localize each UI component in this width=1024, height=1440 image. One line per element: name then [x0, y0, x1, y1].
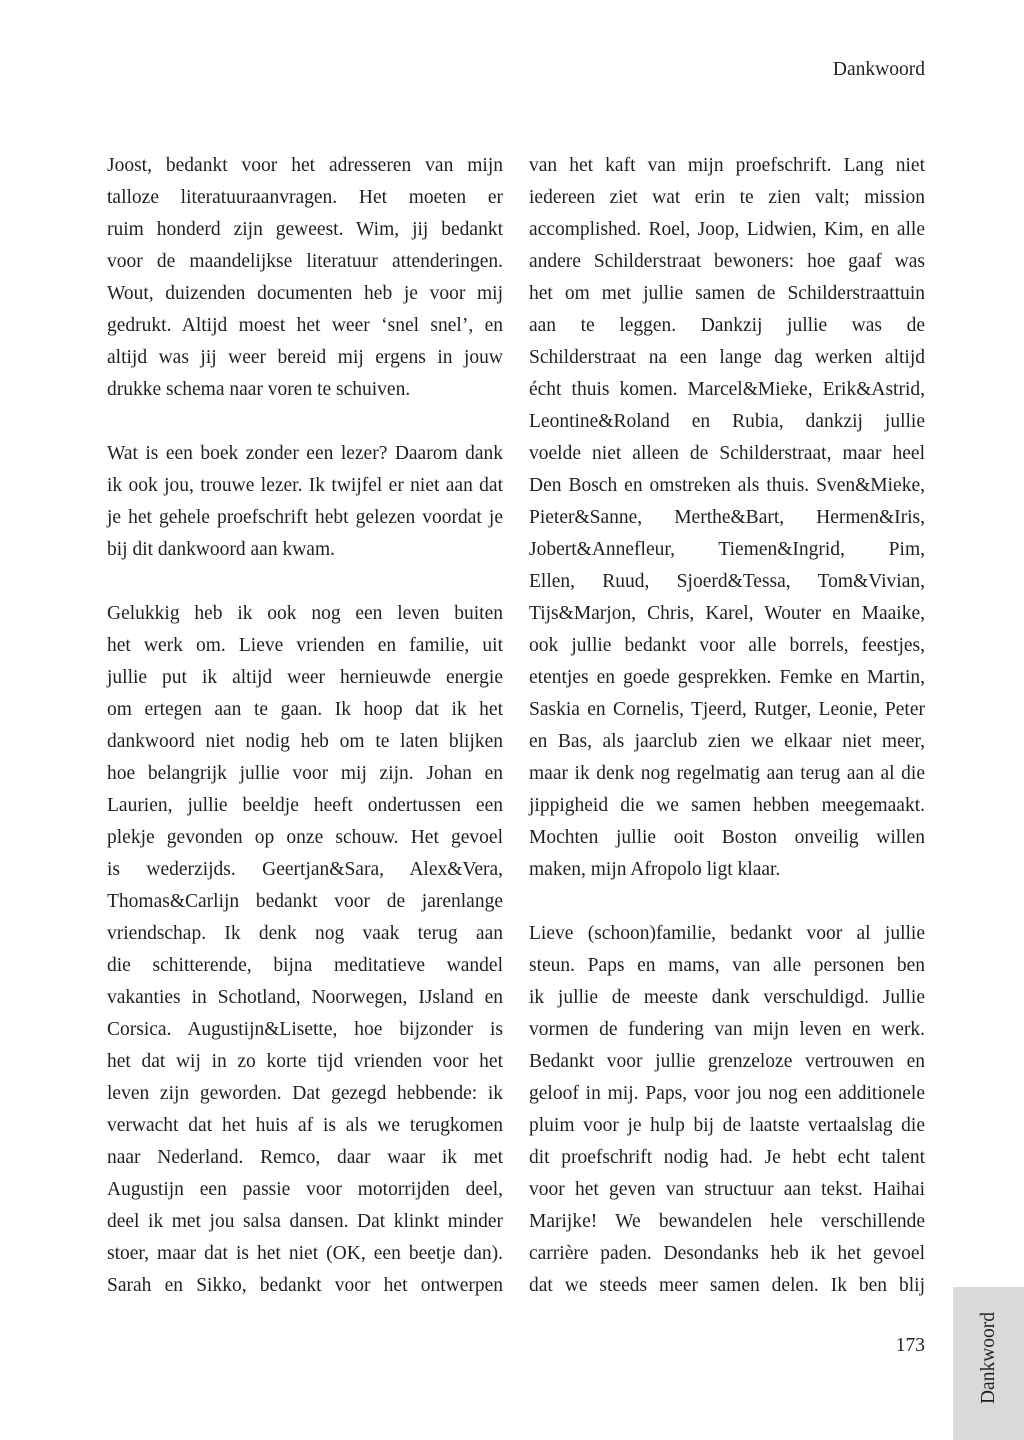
- text-line: het dat wij in zo korte tijd vrienden vo…: [107, 1046, 503, 1078]
- text-line: geloof in mij. Paps, voor jou nog een ad…: [529, 1078, 925, 1110]
- running-header-title: Dankwoord: [833, 57, 925, 83]
- text-line: voor het geven van structuur aan tekst. …: [529, 1174, 925, 1206]
- text-line: Tijs&Marjon, Chris, Karel, Wouter en Maa…: [529, 598, 925, 630]
- text-line: Leontine&Roland en Rubia, dankzij jullie: [529, 406, 925, 438]
- text-line: het om met jullie samen de Schilderstraa…: [529, 278, 925, 310]
- text-line: dit proefschrift nodig had. Je hebt echt…: [529, 1142, 925, 1174]
- paragraph: Lieve (schoon)familie, bedankt voor al j…: [529, 918, 925, 1302]
- text-line: Mochten jullie ooit Boston onveilig will…: [529, 822, 925, 854]
- text-line: gedrukt. Altijd moest het weer ‘snel sne…: [107, 310, 503, 342]
- text-line: Thomas&Carlijn bedankt voor de jarenlang…: [107, 886, 503, 918]
- text-line: voor de maandelijkse literatuur attender…: [107, 246, 503, 278]
- text-line: Jobert&Annefleur, Tiemen&Ingrid, Pim,: [529, 534, 925, 566]
- text-line: Wout, duizenden documenten heb je voor m…: [107, 278, 503, 310]
- text-line: Wat is een boek zonder een lezer? Daarom…: [107, 438, 503, 470]
- text-line: Den Bosch en omstreken als thuis. Sven&M…: [529, 470, 925, 502]
- text-line: en Bas, als jaarclub zien we elkaar niet…: [529, 726, 925, 758]
- text-line: plekje gevonden op onze schouw. Het gevo…: [107, 822, 503, 854]
- text-line: Bedankt voor jullie grenzeloze vertrouwe…: [529, 1046, 925, 1078]
- text-line: ik ook jou, trouwe lezer. Ik twijfel er …: [107, 470, 503, 502]
- text-line: om ertegen aan te gaan. Ik hoop dat ik h…: [107, 694, 503, 726]
- text-line: vriendschap. Ik denk nog vaak terug aan: [107, 918, 503, 950]
- text-line: bij dit dankwoord aan kwam.: [107, 534, 503, 566]
- text-line: het werk om. Lieve vrienden en familie, …: [107, 630, 503, 662]
- paragraph: Wat is een boek zonder een lezer? Daarom…: [107, 438, 503, 566]
- text-line: die schitterende, bijna meditatieve wand…: [107, 950, 503, 982]
- text-line: Laurien, jullie beeldje heeft ondertusse…: [107, 790, 503, 822]
- text-line: ook jullie bedankt voor alle borrels, fe…: [529, 630, 925, 662]
- text-line: pluim voor je hulp bij de laatste vertaa…: [529, 1110, 925, 1142]
- text-line: Pieter&Sanne, Merthe&Bart, Hermen&Iris,: [529, 502, 925, 534]
- text-line: accomplished. Roel, Joop, Lidwien, Kim, …: [529, 214, 925, 246]
- text-line: drukke schema naar voren te schuiven.: [107, 374, 503, 406]
- chapter-thumb-tab: Dankwoord: [953, 1287, 1024, 1440]
- text-line: Joost, bedankt voor het adresseren van m…: [107, 150, 503, 182]
- text-line: voelde niet alleen de Schilderstraat, ma…: [529, 438, 925, 470]
- text-line: iedereen ziet wat erin te zien valt; mis…: [529, 182, 925, 214]
- text-line: Marijke! We bewandelen hele verschillend…: [529, 1206, 925, 1238]
- text-line: Corsica. Augustijn&Lisette, hoe bijzonde…: [107, 1014, 503, 1046]
- text-line: maar ik denk nog regelmatig aan terug aa…: [529, 758, 925, 790]
- text-line: hoe belangrijk jullie voor mij zijn. Joh…: [107, 758, 503, 790]
- text-line: Saskia en Cornelis, Tjeerd, Rutger, Leon…: [529, 694, 925, 726]
- text-line: Lieve (schoon)familie, bedankt voor al j…: [529, 918, 925, 950]
- paragraph: Gelukkig heb ik ook nog een leven buiten…: [107, 598, 503, 1302]
- text-line: aan te leggen. Dankzij jullie was de: [529, 310, 925, 342]
- text-line: steun. Paps en mams, van alle personen b…: [529, 950, 925, 982]
- text-line: Sarah en Sikko, bedankt voor het ontwerp…: [107, 1270, 503, 1302]
- text-line: vakanties in Schotland, Noorwegen, IJsla…: [107, 982, 503, 1014]
- text-line: écht thuis komen. Marcel&Mieke, Erik&Ast…: [529, 374, 925, 406]
- text-line: dat we steeds meer samen delen. Ik ben b…: [529, 1270, 925, 1302]
- text-line: ik jullie de meeste dank verschuldigd. J…: [529, 982, 925, 1014]
- left-text-column: Joost, bedankt voor het adresseren van m…: [107, 150, 503, 1302]
- text-line: etentjes en goede gesprekken. Femke en M…: [529, 662, 925, 694]
- chapter-thumb-tab-label: Dankwoord: [978, 1311, 1000, 1403]
- text-line: Ellen, Ruud, Sjoerd&Tessa, Tom&Vivian,: [529, 566, 925, 598]
- text-line: altijd was jij weer bereid mij ergens in…: [107, 342, 503, 374]
- text-line: dankwoord niet nodig heb om te laten bli…: [107, 726, 503, 758]
- text-line: carrière paden. Desondanks heb ik het ge…: [529, 1238, 925, 1270]
- text-line: talloze literatuuraanvragen. Het moeten …: [107, 182, 503, 214]
- text-line: is wederzijds. Geertjan&Sara, Alex&Vera,: [107, 854, 503, 886]
- text-line: vormen de fundering van mijn leven en we…: [529, 1014, 925, 1046]
- text-line: verwacht dat het huis af is als we terug…: [107, 1110, 503, 1142]
- text-line: Schilderstraat na een lange dag werken a…: [529, 342, 925, 374]
- text-line: ruim honderd zijn geweest. Wim, jij beda…: [107, 214, 503, 246]
- text-line: Augustijn een passie voor motorrijden de…: [107, 1174, 503, 1206]
- right-text-column: van het kaft van mijn proefschrift. Lang…: [529, 150, 925, 1302]
- text-line: jippigheid die we samen hebben meegemaak…: [529, 790, 925, 822]
- page-number: 173: [896, 1333, 925, 1359]
- text-line: deel ik met jou salsa dansen. Dat klinkt…: [107, 1206, 503, 1238]
- text-line: Gelukkig heb ik ook nog een leven buiten: [107, 598, 503, 630]
- text-line: van het kaft van mijn proefschrift. Lang…: [529, 150, 925, 182]
- paragraph: Joost, bedankt voor het adresseren van m…: [107, 150, 503, 406]
- text-line: jullie put ik altijd weer hernieuwde ene…: [107, 662, 503, 694]
- text-line: maken, mijn Afropolo ligt klaar.: [529, 854, 925, 886]
- text-line: je het gehele proefschrift hebt gelezen …: [107, 502, 503, 534]
- text-line: stoer, maar dat is het niet (OK, een bee…: [107, 1238, 503, 1270]
- paragraph: van het kaft van mijn proefschrift. Lang…: [529, 150, 925, 886]
- text-line: leven zijn geworden. Dat gezegd hebbende…: [107, 1078, 503, 1110]
- text-line: naar Nederland. Remco, daar waar ik met: [107, 1142, 503, 1174]
- text-line: andere Schilderstraat bewoners: hoe gaaf…: [529, 246, 925, 278]
